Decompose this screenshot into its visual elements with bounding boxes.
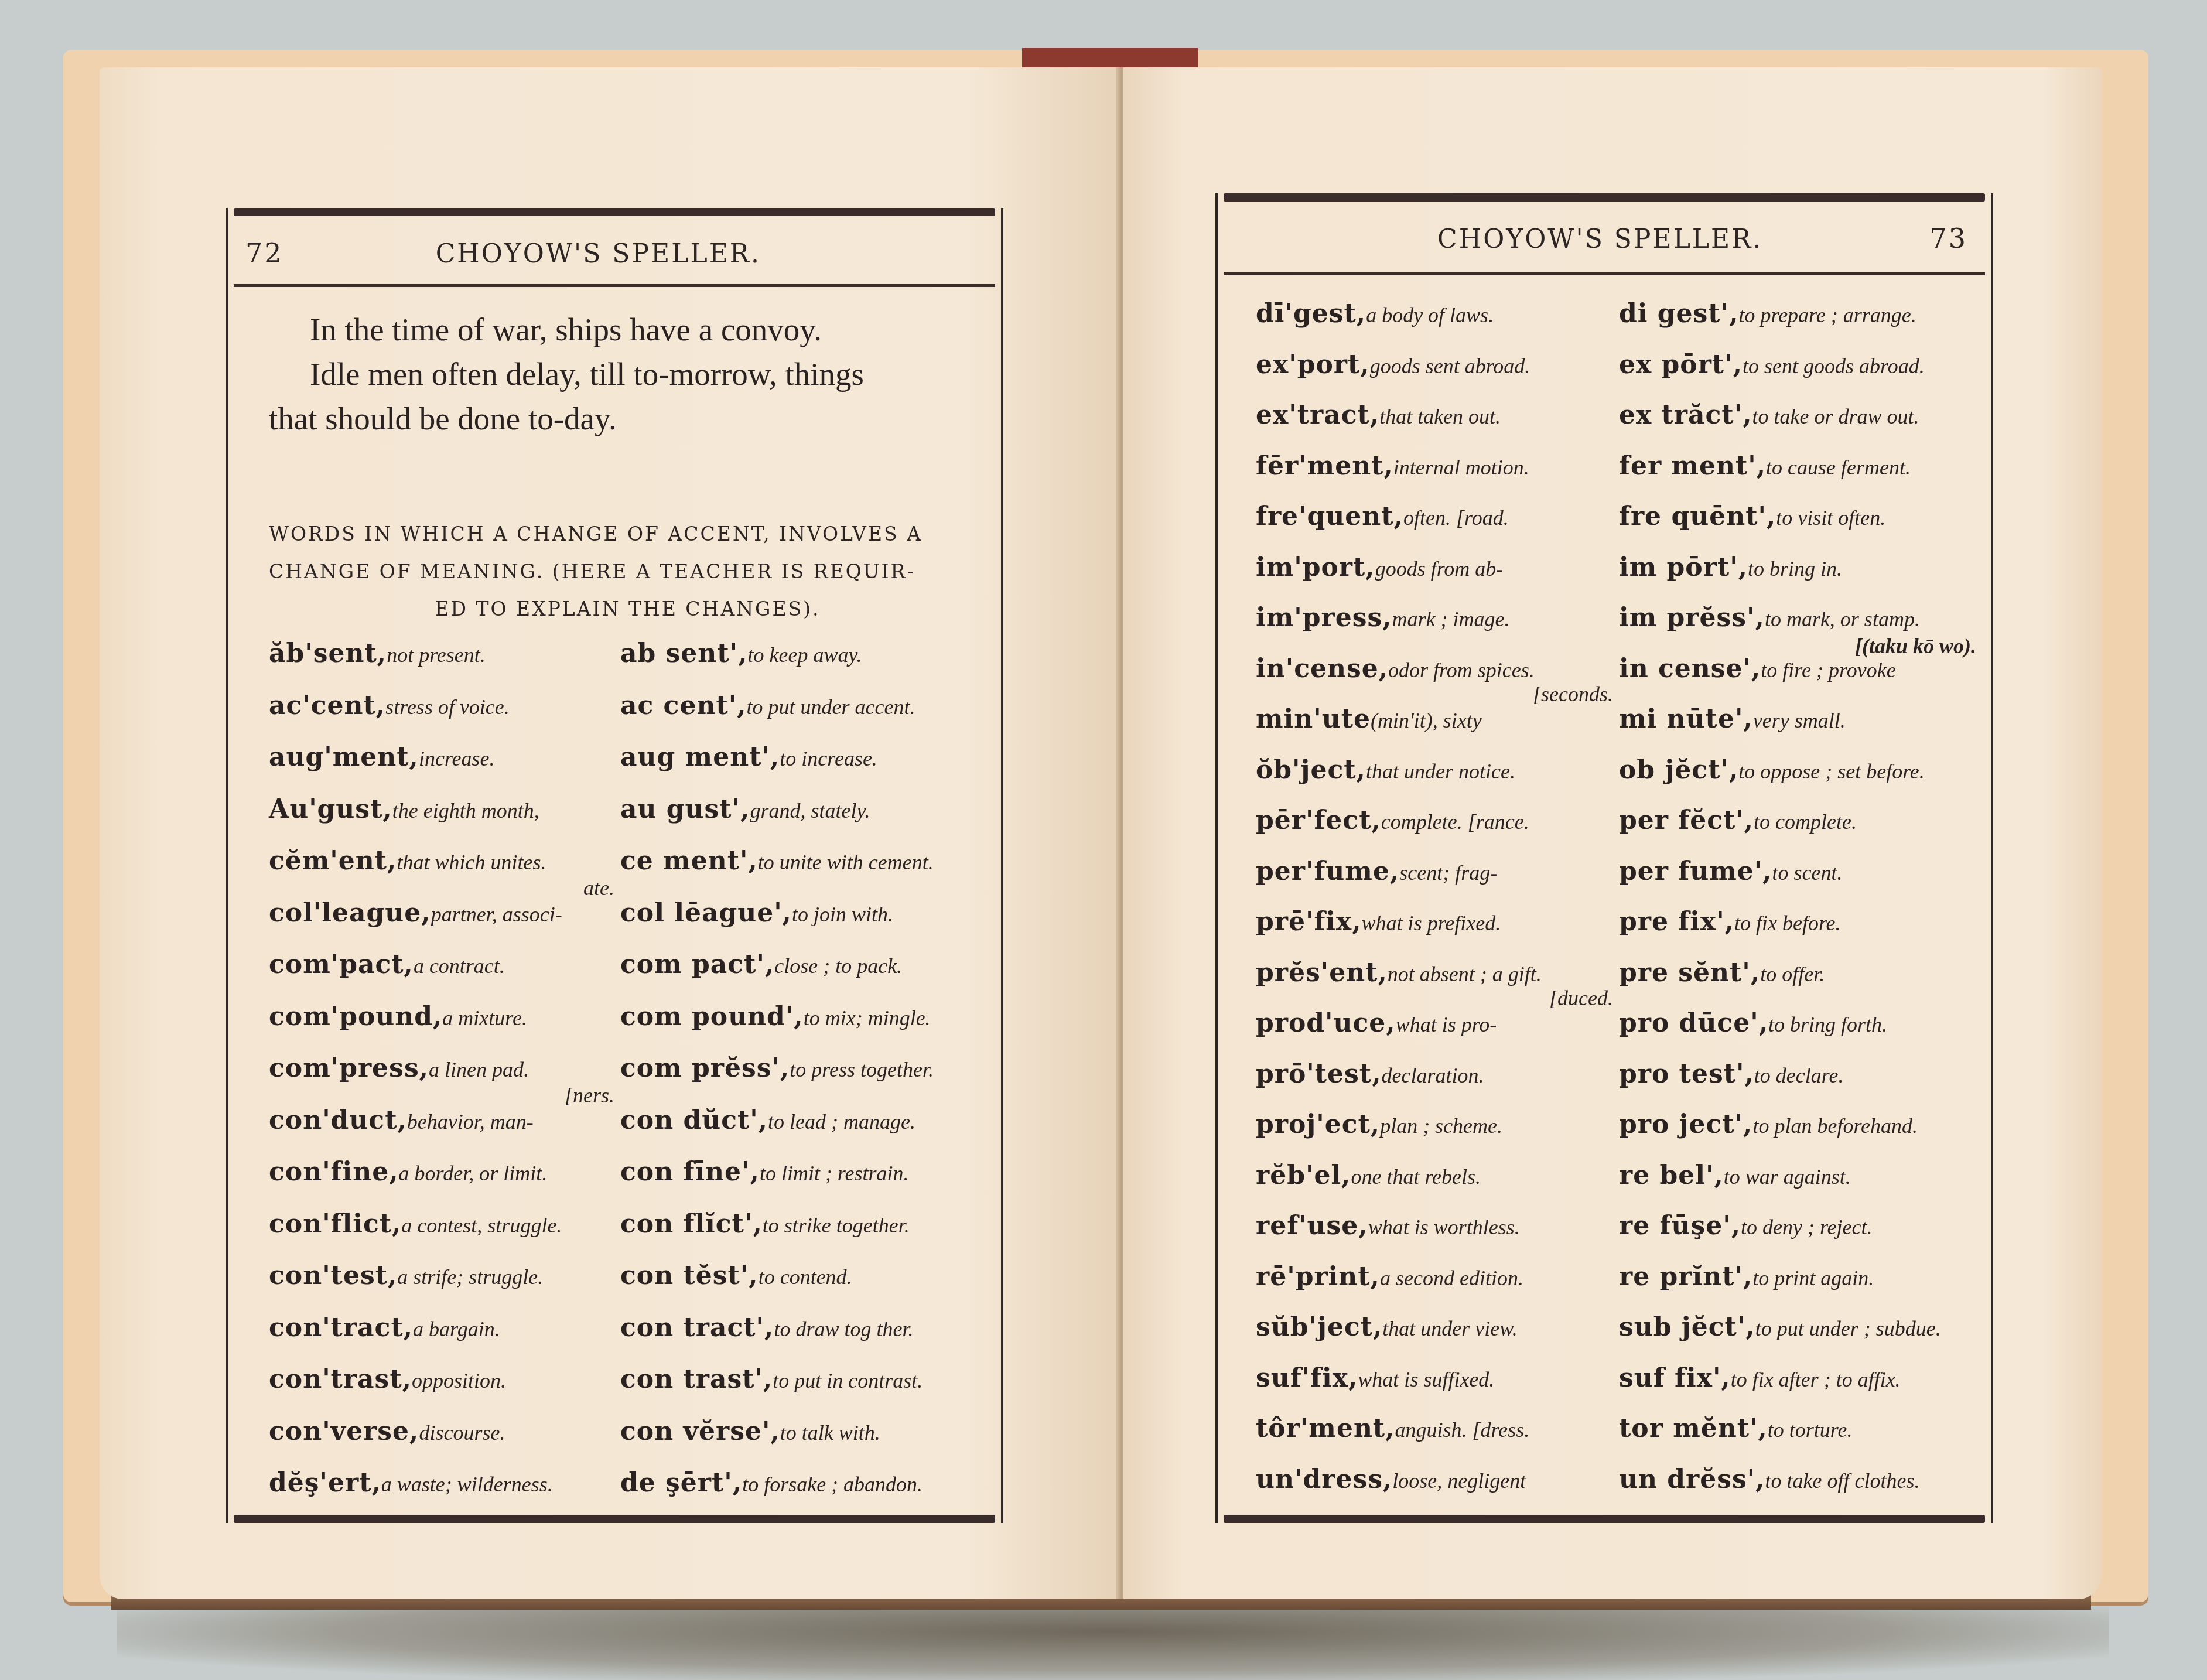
noun-entry: Au'gust,the eighth month,: [269, 794, 539, 824]
heading-line: CHANGE OF MEANING. (HERE A TEACHER IS RE…: [269, 553, 986, 590]
noun-entry: ŏb'ject,that under notice.: [1256, 755, 1515, 785]
verb-definition: to forsake ; abandon.: [742, 1473, 923, 1496]
verb-entry: di gest',to prepare ; arrange.: [1619, 299, 1916, 329]
noun-word: Au'gust,: [269, 794, 392, 824]
verb-word: re fūşe',: [1619, 1211, 1741, 1241]
word-pair-row: un'dress,loose, negligentun drĕss',to ta…: [1256, 1464, 1982, 1500]
verb-definition: to talk with.: [780, 1421, 880, 1445]
verb-definition: to keep away.: [747, 643, 862, 667]
left-page: 72 CHOYOW'S SPELLER. In the time of war,…: [100, 67, 1119, 1599]
word-pair-row: com'press,a linen pad.com prĕss',to pres…: [269, 1053, 995, 1088]
noun-definition: a border, or limit.: [399, 1162, 548, 1185]
noun-entry: rĕb'el,one that rebels.: [1256, 1160, 1481, 1190]
verb-definition: to lead ; manage.: [768, 1110, 915, 1133]
verb-word: col lēague',: [620, 898, 792, 928]
noun-word: col'league,: [269, 898, 431, 928]
noun-definition: the eighth month,: [392, 799, 539, 822]
verb-word: com pact',: [620, 950, 774, 979]
verb-definition: to fire ; provoke: [1761, 658, 1895, 682]
verb-word: fre quēnt',: [1619, 501, 1776, 531]
word-pair-row: im'port,goods from ab-im pōrt',to bring …: [1256, 552, 1982, 588]
noun-entry: im'press,mark ; image.: [1256, 603, 1510, 633]
verb-entry: com prĕss',to press together.: [620, 1053, 934, 1083]
verb-word: aug ment',: [620, 742, 780, 772]
verb-definition: close ; to pack.: [774, 954, 902, 978]
verb-entry: con tĕst',to contend.: [620, 1261, 852, 1290]
verb-definition: to put under accent.: [747, 695, 915, 719]
noun-word: ŏb'ject,: [1256, 755, 1366, 785]
noun-entry: prod'uce,what is pro-: [1256, 1008, 1497, 1038]
verb-entry: per fume',to scent.: [1619, 856, 1843, 886]
noun-entry: ex'port,goods sent abroad.: [1256, 350, 1530, 380]
noun-entry: dī'gest,a body of laws.: [1256, 299, 1494, 329]
verb-word: con vĕrse',: [620, 1416, 780, 1446]
verb-entry: fre quēnt',to visit often.: [1619, 501, 1885, 531]
verb-definition: to cause ferment.: [1766, 456, 1911, 479]
page-number: 73: [1929, 223, 1967, 254]
noun-entry: cĕm'ent,that which unites.: [269, 846, 546, 876]
verb-definition: to draw tog ther.: [774, 1317, 913, 1341]
noun-entry: prĕs'ent,not absent ; a gift.: [1256, 958, 1542, 988]
verb-word: con tĕst',: [620, 1261, 759, 1290]
noun-word: con'fine,: [269, 1157, 399, 1187]
word-pair-row: rĕb'el,one that rebels.re bel',to war ag…: [1256, 1160, 1982, 1196]
noun-word: con'flict,: [269, 1209, 401, 1239]
verb-entry: re fūşe',to deny ; reject.: [1619, 1211, 1873, 1241]
word-pair-row: prē'fix,what is prefixed.pre fix',to fix…: [1256, 907, 1982, 942]
intro-line: Idle men often delay, till to-morrow, th…: [269, 352, 989, 397]
noun-definition: a second edition.: [1380, 1266, 1523, 1290]
verb-entry: con trast',to put in contrast.: [620, 1364, 923, 1394]
noun-entry: col'league,partner, associ-: [269, 898, 562, 928]
noun-definition: one that rebels.: [1351, 1165, 1481, 1189]
top-rule: [234, 208, 995, 216]
noun-word: cĕm'ent,: [269, 846, 397, 876]
noun-entry: ref'use,what is worthless.: [1256, 1211, 1520, 1241]
noun-definition: stress of voice.: [385, 695, 510, 719]
verb-word: au gust',: [620, 794, 750, 824]
noun-entry: ac'cent,stress of voice.: [269, 691, 510, 721]
verb-definition: to mark, or stamp.: [1765, 607, 1920, 631]
word-pair-row: col'league,partner, associ-col lēague',t…: [269, 898, 995, 933]
noun-entry: suf'fix,what is suffixed.: [1256, 1363, 1494, 1393]
page-number: 72: [245, 237, 283, 269]
verb-word: con dŭct',: [620, 1105, 768, 1135]
verb-word: ab sent',: [620, 638, 747, 668]
noun-word: im'port,: [1256, 552, 1375, 582]
verb-word: per fume',: [1619, 856, 1772, 886]
noun-entry: com'press,a linen pad.: [269, 1053, 529, 1083]
verb-definition: to oppose ; set before.: [1738, 760, 1925, 783]
noun-definition: what is worthless.: [1368, 1215, 1520, 1239]
verb-definition: to visit often.: [1776, 506, 1885, 530]
verb-word: re bel',: [1619, 1160, 1724, 1190]
noun-word: ref'use,: [1256, 1211, 1368, 1241]
verb-definition: to increase.: [780, 747, 877, 770]
word-pair-row: ex'tract,that taken out.ex trăct',to tak…: [1256, 400, 1982, 435]
word-pair-row: in'cense,odor from spices.in cense',to f…: [1256, 654, 1982, 689]
noun-definition: loose, negligent: [1392, 1469, 1526, 1493]
noun-definition: declaration.: [1382, 1064, 1484, 1087]
verb-entry: im pōrt',to bring in.: [1619, 552, 1842, 582]
verb-entry: ob jĕct',to oppose ; set before.: [1619, 755, 1925, 785]
left-page-frame: 72 CHOYOW'S SPELLER. In the time of war,…: [226, 208, 1003, 1523]
noun-word: fre'quent,: [1256, 501, 1403, 531]
verb-definition: to unite with cement.: [758, 851, 934, 874]
verb-word: un drĕss',: [1619, 1464, 1765, 1494]
verb-definition: to join with.: [792, 903, 893, 926]
verb-entry: pro ject',to plan beforehand.: [1619, 1109, 1918, 1139]
heading-line: ED TO EXPLAIN THE CHANGES).: [269, 590, 986, 628]
word-pair-row: con'fine,a border, or limit.con fīne',to…: [269, 1157, 995, 1192]
verb-definition: to press together.: [790, 1058, 934, 1081]
verb-entry: ex trăct',to take or draw out.: [1619, 400, 1919, 430]
verb-entry: re prĭnt',to print again.: [1619, 1262, 1874, 1292]
noun-word: prĕs'ent,: [1256, 958, 1388, 988]
verb-entry: sub jĕct',to put under ; subdue.: [1619, 1312, 1941, 1342]
verb-word: ex trăct',: [1619, 400, 1752, 430]
word-pair-row: im'press,mark ; image.im prĕss',to mark,…: [1256, 603, 1982, 638]
verb-definition: to limit ; restrain.: [760, 1162, 909, 1185]
noun-entry: aug'ment,increase.: [269, 742, 495, 772]
word-pair-row: con'verse,discourse.con vĕrse',to talk w…: [269, 1416, 995, 1452]
word-pair-row: ref'use,what is worthless.re fūşe',to de…: [1256, 1211, 1982, 1246]
noun-entry: tôr'ment,anguish. [dress.: [1256, 1413, 1529, 1443]
verb-entry: con fīne',to limit ; restrain.: [620, 1157, 909, 1187]
noun-definition: not present.: [387, 643, 486, 667]
verb-definition: to print again.: [1752, 1266, 1874, 1290]
verb-entry: au gust',grand, stately.: [620, 794, 870, 824]
verb-entry: un drĕss',to take off clothes.: [1619, 1464, 1920, 1494]
runover-note: [ners.: [565, 1083, 614, 1108]
noun-definition: a contest, struggle.: [401, 1214, 562, 1237]
noun-word: min'ute: [1256, 704, 1371, 734]
noun-word: dĕş'ert,: [269, 1468, 381, 1498]
noun-word: proj'ect,: [1256, 1109, 1380, 1139]
verb-entry: aug ment',to increase.: [620, 742, 877, 772]
word-pair-list: ăb'sent,not present.ab sent',to keep awa…: [269, 638, 995, 1482]
verb-definition: to put in contrast.: [773, 1369, 923, 1392]
noun-word: ex'port,: [1256, 350, 1370, 380]
verb-word: tor mĕnt',: [1619, 1413, 1768, 1443]
verb-word: pre fix',: [1619, 907, 1734, 937]
verb-definition: to strike together.: [763, 1214, 910, 1237]
noun-entry: com'pound,a mixture.: [269, 1002, 527, 1032]
verb-entry: pro test',to declare.: [1619, 1059, 1843, 1089]
noun-definition: a contract.: [414, 954, 505, 978]
noun-word: con'test,: [269, 1261, 397, 1290]
word-pair-row: tôr'ment,anguish. [dress.tor mĕnt',to to…: [1256, 1413, 1982, 1449]
noun-definition: goods sent abroad.: [1370, 354, 1530, 378]
verb-definition: to take off clothes.: [1765, 1469, 1920, 1493]
noun-definition: a bargain.: [413, 1317, 500, 1341]
running-title: CHOYOW'S SPELLER.: [283, 239, 983, 269]
noun-word: con'duct,: [269, 1105, 407, 1135]
noun-definition: what is pro-: [1396, 1013, 1497, 1036]
verb-definition: to sent goods abroad.: [1743, 354, 1925, 378]
word-pair-row: pēr'fect,complete. [rance.per fĕct',to c…: [1256, 805, 1982, 841]
verb-word: pro test',: [1619, 1059, 1754, 1089]
intro-line: that should be done to-day.: [269, 397, 989, 441]
word-pair-row: com'pound,a mixture.com pound',to mix; m…: [269, 1002, 995, 1037]
verb-definition: to bring in.: [1748, 557, 1842, 581]
noun-word: dī'gest,: [1256, 299, 1366, 329]
noun-definition: that which unites.: [397, 851, 546, 874]
noun-definition: complete. [rance.: [1381, 810, 1529, 834]
verb-word: ac cent',: [620, 691, 747, 721]
verb-word: re prĭnt',: [1619, 1262, 1752, 1292]
verb-entry: con tract',to draw tog ther.: [620, 1313, 913, 1343]
noun-word: tôr'ment,: [1256, 1413, 1395, 1443]
word-pair-row: con'flict,a contest, struggle.con flĭct'…: [269, 1209, 995, 1244]
noun-entry: con'tract,a bargain.: [269, 1313, 500, 1343]
noun-word: com'pact,: [269, 950, 414, 979]
noun-definition: that under notice.: [1366, 760, 1515, 783]
verb-entry: pro dūce',to bring forth.: [1619, 1008, 1887, 1038]
verb-entry: con vĕrse',to talk with.: [620, 1416, 880, 1446]
word-pair-row: dī'gest,a body of laws.di gest',to prepa…: [1256, 299, 1982, 334]
noun-word: pēr'fect,: [1256, 805, 1381, 835]
word-pair-row: ăb'sent,not present.ab sent',to keep awa…: [269, 638, 995, 674]
noun-entry: pēr'fect,complete. [rance.: [1256, 805, 1529, 835]
noun-definition: odor from spices.: [1388, 658, 1535, 682]
noun-definition: plan ; scheme.: [1380, 1114, 1502, 1138]
verb-entry: re bel',to war against.: [1619, 1160, 1851, 1190]
verb-word: ex pōrt',: [1619, 350, 1743, 380]
verb-entry: ex pōrt',to sent goods abroad.: [1619, 350, 1925, 380]
verb-word: ce ment',: [620, 846, 758, 876]
word-pair-row: fēr'ment,internal motion.fer ment',to ca…: [1256, 451, 1982, 486]
verb-word: im prĕss',: [1619, 603, 1765, 633]
verb-word: fer ment',: [1619, 451, 1766, 481]
noun-definition: what is suffixed.: [1358, 1368, 1494, 1391]
header-rule: [234, 284, 995, 287]
verb-entry: con flĭct',to strike together.: [620, 1209, 910, 1239]
verb-word: com pound',: [620, 1002, 804, 1032]
noun-definition: internal motion.: [1393, 456, 1529, 479]
intro-line: In the time of war, ships have a convoy.: [269, 308, 989, 352]
verb-definition: to plan beforehand.: [1752, 1114, 1918, 1138]
verb-entry: pre sĕnt',to offer.: [1619, 958, 1825, 988]
verb-word: pre sĕnt',: [1619, 958, 1760, 988]
verb-definition: to fix after ; to affix.: [1731, 1368, 1901, 1391]
noun-definition: that taken out.: [1379, 405, 1501, 428]
noun-entry: fre'quent,often. [road.: [1256, 501, 1509, 531]
verb-entry: com pact',close ; to pack.: [620, 950, 902, 979]
running-title: CHOYOW'S SPELLER.: [1235, 224, 1929, 254]
noun-word: ăb'sent,: [269, 638, 387, 668]
verb-definition: to offer.: [1760, 962, 1825, 986]
noun-definition: a strife; struggle.: [397, 1265, 543, 1289]
noun-definition: (min'it), sixty: [1371, 709, 1482, 732]
noun-definition: what is prefixed.: [1362, 911, 1501, 935]
word-pair-row: Au'gust,the eighth month,au gust',grand,…: [269, 794, 995, 829]
noun-word: un'dress,: [1256, 1464, 1392, 1494]
word-pair-row: ŏb'ject,that under notice.ob jĕct',to op…: [1256, 755, 1982, 790]
verb-entry: ce ment',to unite with cement.: [620, 846, 934, 876]
verb-definition: to declare.: [1754, 1064, 1844, 1087]
verb-word: mi nūte',: [1619, 704, 1753, 734]
word-pair-row: ac'cent,stress of voice.ac cent',to put …: [269, 691, 995, 726]
noun-entry: prē'fix,what is prefixed.: [1256, 907, 1501, 937]
verb-entry: pre fix',to fix before.: [1619, 907, 1841, 937]
runover-note: ate.: [583, 876, 614, 900]
noun-word: rē'print,: [1256, 1262, 1380, 1292]
word-pair-row: fre'quent,often. [road.fre quēnt',to vis…: [1256, 501, 1982, 537]
noun-definition: increase.: [419, 747, 495, 770]
noun-entry: dĕş'ert,a waste; wilderness.: [269, 1468, 553, 1498]
noun-entry: fēr'ment,internal motion.: [1256, 451, 1529, 481]
runover-note: [(taku kō wo).: [1855, 634, 1976, 658]
word-pair-row: prod'uce,what is pro-pro dūce',to bring …: [1256, 1008, 1982, 1043]
noun-word: im'press,: [1256, 603, 1392, 633]
verb-word: con tract',: [620, 1313, 774, 1343]
noun-word: con'verse,: [269, 1416, 419, 1446]
noun-word: aug'ment,: [269, 742, 419, 772]
noun-definition: a body of laws.: [1366, 303, 1494, 327]
verb-word: con flĭct',: [620, 1209, 763, 1239]
word-pair-row: con'duct,behavior, man-con dŭct',to lead…: [269, 1105, 995, 1141]
noun-definition: a linen pad.: [429, 1058, 529, 1081]
noun-definition: discourse.: [419, 1421, 505, 1445]
noun-entry: im'port,goods from ab-: [1256, 552, 1503, 582]
noun-definition: anguish. [dress.: [1395, 1418, 1530, 1442]
word-pair-row: con'test,a strife; struggle.con tĕst',to…: [269, 1261, 995, 1296]
bottom-rule: [234, 1515, 995, 1523]
word-pair-row: dĕş'ert,a waste; wilderness.de şērt',to …: [269, 1468, 995, 1503]
noun-entry: con'duct,behavior, man-: [269, 1105, 534, 1135]
runover-note: [seconds.: [1533, 682, 1613, 706]
verb-definition: to put under ; subdue.: [1755, 1317, 1941, 1340]
verb-definition: to torture.: [1768, 1418, 1853, 1442]
noun-definition: scent; frag-: [1399, 861, 1497, 885]
noun-entry: con'flict,a contest, struggle.: [269, 1209, 562, 1239]
verb-word: con trast',: [620, 1364, 773, 1394]
verb-definition: to take or draw out.: [1752, 405, 1919, 428]
verb-entry: per fĕct',to complete.: [1619, 805, 1857, 835]
verb-entry: im prĕss',to mark, or stamp.: [1619, 603, 1920, 633]
verb-word: com prĕss',: [620, 1053, 790, 1083]
verb-word: suf fix',: [1619, 1363, 1731, 1393]
verb-entry: con dŭct',to lead ; manage.: [620, 1105, 915, 1135]
noun-word: rĕb'el,: [1256, 1160, 1351, 1190]
noun-word: con'trast,: [269, 1364, 412, 1394]
word-pair-row: ex'port,goods sent abroad.ex pōrt',to se…: [1256, 350, 1982, 385]
verb-definition: to scent.: [1772, 861, 1843, 885]
noun-word: prod'uce,: [1256, 1008, 1396, 1038]
noun-definition: mark ; image.: [1392, 607, 1510, 631]
verb-entry: suf fix',to fix after ; to affix.: [1619, 1363, 1901, 1393]
word-pair-row: cĕm'ent,that which unites.ce ment',to un…: [269, 846, 995, 881]
verb-entry: com pound',to mix; mingle.: [620, 1002, 931, 1032]
noun-definition: a mixture.: [442, 1006, 527, 1030]
verb-definition: grand, stately.: [750, 799, 870, 822]
section-heading: WORDS IN WHICH A CHANGE OF ACCENT, INVOL…: [269, 515, 986, 628]
word-pair-row: rē'print,a second edition.re prĭnt',to p…: [1256, 1262, 1982, 1297]
noun-definition: partner, associ-: [431, 903, 562, 926]
word-pair-row: prĕs'ent,not absent ; a gift.pre sĕnt',t…: [1256, 958, 1982, 993]
word-pair-row: prō'test,declaration.pro test',to declar…: [1256, 1059, 1982, 1094]
noun-entry: con'fine,a border, or limit.: [269, 1157, 547, 1187]
word-pair-row: aug'ment,increase.aug ment',to increase.: [269, 742, 995, 777]
noun-word: ex'tract,: [1256, 400, 1379, 430]
verb-word: con fīne',: [620, 1157, 760, 1187]
noun-definition: goods from ab-: [1375, 557, 1504, 581]
verb-entry: mi nūte',very small.: [1619, 704, 1846, 734]
noun-word: com'press,: [269, 1053, 429, 1083]
verb-word: de şērt',: [620, 1468, 742, 1498]
verb-word: di gest',: [1619, 299, 1738, 329]
noun-entry: com'pact,a contract.: [269, 950, 505, 979]
noun-entry: con'verse,discourse.: [269, 1416, 505, 1446]
verb-word: pro ject',: [1619, 1109, 1752, 1139]
noun-word: com'pound,: [269, 1002, 442, 1032]
verb-word: sub jĕct',: [1619, 1312, 1755, 1342]
running-head: CHOYOW'S SPELLER. 73: [1218, 223, 1991, 254]
header-rule: [1224, 272, 1985, 275]
word-pair-row: min'ute(min'it), sixtymi nūte',very smal…: [1256, 704, 1982, 739]
word-pair-row: per'fume,scent; frag-per fume',to scent.: [1256, 856, 1982, 892]
verb-entry: col lēague',to join with.: [620, 898, 893, 928]
noun-word: fēr'ment,: [1256, 451, 1393, 481]
noun-definition: a waste; wilderness.: [381, 1473, 553, 1496]
verb-definition: to deny ; reject.: [1741, 1215, 1873, 1239]
verb-entry: fer ment',to cause ferment.: [1619, 451, 1911, 481]
noun-word: prō'test,: [1256, 1059, 1382, 1089]
verb-definition: to mix; mingle.: [804, 1006, 931, 1030]
word-pair-row: suf'fix,what is suffixed.suf fix',to fix…: [1256, 1363, 1982, 1398]
verb-entry: ac cent',to put under accent.: [620, 691, 915, 721]
noun-entry: sŭb'ject,that under view.: [1256, 1312, 1518, 1342]
noun-definition: opposition.: [412, 1369, 506, 1392]
noun-entry: per'fume,scent; frag-: [1256, 856, 1497, 886]
word-pair-row: con'trast,opposition.con trast',to put i…: [269, 1364, 995, 1399]
noun-entry: con'trast,opposition.: [269, 1364, 506, 1394]
noun-definition: that under view.: [1382, 1317, 1517, 1340]
verb-definition: to complete.: [1754, 810, 1857, 834]
verb-definition: very small.: [1753, 709, 1846, 732]
verb-word: per fĕct',: [1619, 805, 1754, 835]
noun-entry: ăb'sent,not present.: [269, 638, 486, 668]
noun-word: prē'fix,: [1256, 907, 1362, 937]
verb-word: pro dūce',: [1619, 1008, 1768, 1038]
heading-line: WORDS IN WHICH A CHANGE OF ACCENT, INVOL…: [269, 515, 986, 553]
right-page-frame: CHOYOW'S SPELLER. 73 dī'gest,a body of l…: [1215, 193, 1993, 1523]
runover-note: [duced.: [1549, 986, 1613, 1010]
noun-definition: often. [road.: [1403, 506, 1509, 530]
noun-word: sŭb'ject,: [1256, 1312, 1382, 1342]
word-pair-row: sŭb'ject,that under view.sub jĕct',to pu…: [1256, 1312, 1982, 1347]
noun-entry: prō'test,declaration.: [1256, 1059, 1484, 1089]
verb-definition: to bring forth.: [1768, 1013, 1887, 1036]
noun-entry: in'cense,odor from spices.: [1256, 654, 1535, 684]
top-rule: [1224, 193, 1985, 202]
noun-entry: con'test,a strife; struggle.: [269, 1261, 543, 1290]
noun-word: suf'fix,: [1256, 1363, 1358, 1393]
noun-definition: not absent ; a gift.: [1388, 962, 1542, 986]
noun-word: in'cense,: [1256, 654, 1388, 684]
noun-entry: ex'tract,that taken out.: [1256, 400, 1501, 430]
right-page: CHOYOW'S SPELLER. 73 dī'gest,a body of l…: [1123, 67, 2102, 1599]
noun-entry: rē'print,a second edition.: [1256, 1262, 1523, 1292]
verb-entry: tor mĕnt',to torture.: [1619, 1413, 1853, 1443]
verb-definition: to war against.: [1724, 1165, 1851, 1189]
word-pair-row: com'pact,a contract.com pact',close ; to…: [269, 950, 995, 985]
verb-entry: de şērt',to forsake ; abandon.: [620, 1468, 923, 1498]
verb-word: in cense',: [1619, 654, 1761, 684]
intro-sentences: In the time of war, ships have a convoy.…: [269, 308, 989, 441]
noun-entry: min'ute(min'it), sixty: [1256, 704, 1482, 734]
